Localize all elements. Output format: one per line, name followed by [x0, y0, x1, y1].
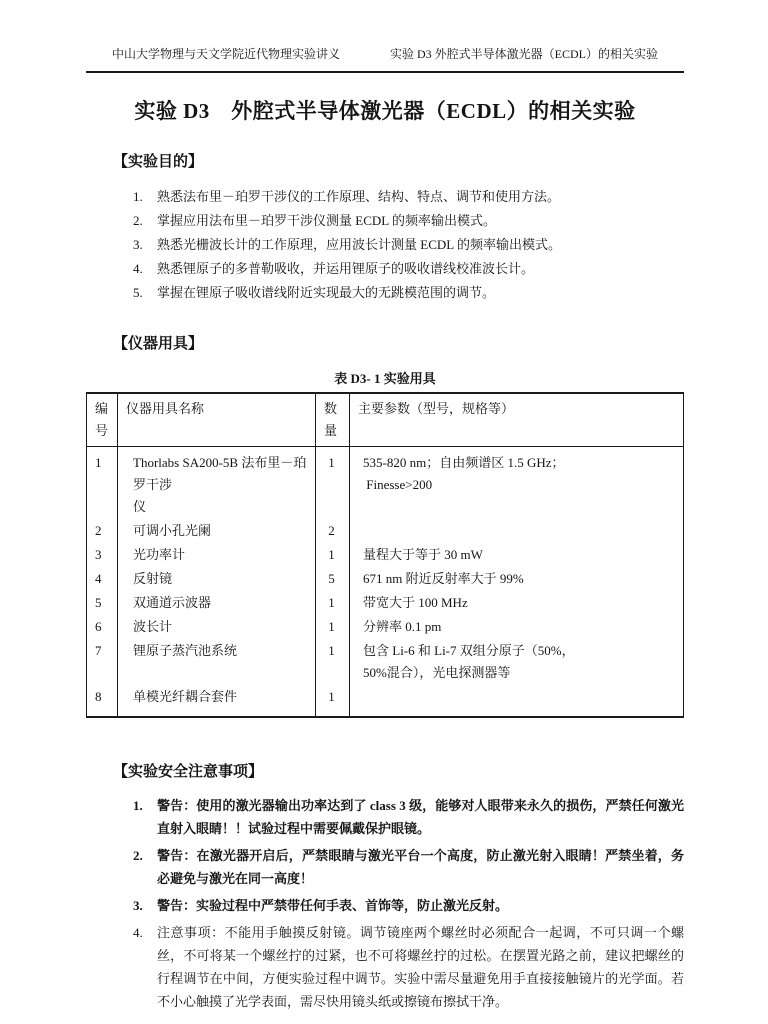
item-text: 警告：在激光器开启后，严禁眼睛与激光平台一个高度，防止激光射入眼睛！严禁坐着，务… [157, 844, 684, 890]
cell-qty: 1 [316, 543, 350, 567]
item-number: 1. [133, 185, 157, 208]
table-row: 7 锂原子蒸汽池系统 1 包含 Li-6 和 Li-7 双组分原子（50%， 5… [87, 639, 684, 685]
item-number: 4. [133, 257, 157, 280]
item-text: 熟悉光栅波长计的工作原理，应用波长计测量 ECDL 的频率输出模式。 [157, 233, 684, 256]
list-item-warning: 2. 警告：在激光器开启后，严禁眼睛与激光平台一个高度，防止激光射入眼睛！严禁坐… [86, 844, 684, 890]
page-title: 实验 D3 外腔式半导体激光器（ECDL）的相关实验 [86, 98, 684, 124]
item-number: 2. [133, 209, 157, 232]
list-item: 2. 掌握应用法布里－珀罗干涉仪测量 ECDL 的频率输出模式。 [86, 209, 684, 232]
purpose-heading: 【实验目的】 [86, 152, 684, 172]
column-header-name: 仪器用具名称 [118, 393, 316, 447]
table-row: 1 Thorlabs SA200-5B 法布里－珀罗干涉 仪 1 535-820… [87, 447, 684, 520]
cell-params: 包含 Li-6 和 Li-7 双组分原子（50%， 50%混合），光电探测器等 [350, 639, 684, 685]
cell-no: 5 [87, 591, 118, 615]
item-number: 3. [133, 894, 157, 917]
item-number: 5. [133, 281, 157, 304]
cell-qty: 2 [316, 519, 350, 543]
cell-no: 8 [87, 685, 118, 717]
cell-params: 671 nm 附近反射率大于 99% [350, 567, 684, 591]
cell-name: 反射镜 [118, 567, 316, 591]
list-item: 4. 熟悉锂原子的多普勒吸收，并运用锂原子的吸收谱线校准波长计。 [86, 257, 684, 280]
list-item: 1. 熟悉法布里－珀罗干涉仪的工作原理、结构、特点、调节和使用方法。 [86, 185, 684, 208]
list-item: 3. 熟悉光栅波长计的工作原理，应用波长计测量 ECDL 的频率输出模式。 [86, 233, 684, 256]
table-header: 编号 仪器用具名称 数量 主要参数（型号，规格等） [87, 393, 684, 447]
section-purpose: 【实验目的】 1. 熟悉法布里－珀罗干涉仪的工作原理、结构、特点、调节和使用方法… [86, 152, 684, 304]
item-text: 熟悉锂原子的多普勒吸收，并运用锂原子的吸收谱线校准波长计。 [157, 257, 684, 280]
list-item-warning: 1. 警告：使用的激光器输出功率达到了 class 3 级，能够对人眼带来永久的… [86, 794, 684, 840]
table-row: 6 波长计 1 分辨率 0.1 pm [87, 615, 684, 639]
cell-name: 波长计 [118, 615, 316, 639]
purpose-list: 1. 熟悉法布里－珀罗干涉仪的工作原理、结构、特点、调节和使用方法。 2. 掌握… [86, 185, 684, 304]
table-row: 4 反射镜 5 671 nm 附近反射率大于 99% [87, 567, 684, 591]
running-header-right: 实验 D3 外腔式半导体激光器（ECDL）的相关实验 [390, 46, 658, 62]
apparatus-table: 编号 仪器用具名称 数量 主要参数（型号，规格等） 1 Thorlabs SA2… [86, 392, 684, 718]
cell-qty: 1 [316, 685, 350, 717]
cell-name: 可调小孔光阑 [118, 519, 316, 543]
cell-no: 3 [87, 543, 118, 567]
cell-name: 锂原子蒸汽池系统 [118, 639, 316, 685]
cell-params [350, 519, 684, 543]
item-text: 熟悉法布里－珀罗干涉仪的工作原理、结构、特点、调节和使用方法。 [157, 185, 684, 208]
cell-qty: 1 [316, 591, 350, 615]
table-row: 5 双通道示波器 1 带宽大于 100 MHz [87, 591, 684, 615]
cell-qty: 1 [316, 615, 350, 639]
running-header: 中山大学物理与天文学院近代物理实验讲义 实验 D3 外腔式半导体激光器（ECDL… [86, 46, 684, 73]
table-row: 2 可调小孔光阑 2 [87, 519, 684, 543]
item-number: 3. [133, 233, 157, 256]
document-page: 中山大学物理与天文学院近代物理实验讲义 实验 D3 外腔式半导体激光器（ECDL… [0, 0, 768, 1013]
table-caption: 表 D3- 1 实验用具 [86, 370, 684, 387]
item-text: 注意事项：不能用手触摸反射镜。调节镜座两个螺丝时必须配合一起调，不可只调一个螺丝… [157, 921, 684, 1013]
table-row: 8 单模光纤耦合套件 1 [87, 685, 684, 717]
cell-params [350, 685, 684, 717]
section-safety: 【实验安全注意事项】 1. 警告：使用的激光器输出功率达到了 class 3 级… [86, 762, 684, 1013]
cell-no: 6 [87, 615, 118, 639]
column-header-params: 主要参数（型号，规格等） [350, 393, 684, 447]
cell-name: 光功率计 [118, 543, 316, 567]
table-row: 3 光功率计 1 量程大于等于 30 mW [87, 543, 684, 567]
safety-list: 1. 警告：使用的激光器输出功率达到了 class 3 级，能够对人眼带来永久的… [86, 794, 684, 1013]
item-text: 掌握在锂原子吸收谱线附近实现最大的无跳模范围的调节。 [157, 281, 684, 304]
item-number: 1. [133, 794, 157, 817]
item-number: 4. [133, 921, 157, 944]
list-item: 5. 掌握在锂原子吸收谱线附近实现最大的无跳模范围的调节。 [86, 281, 684, 304]
cell-params: 带宽大于 100 MHz [350, 591, 684, 615]
cell-no: 7 [87, 639, 118, 685]
list-item-note: 4. 注意事项：不能用手触摸反射镜。调节镜座两个螺丝时必须配合一起调，不可只调一… [86, 921, 684, 1013]
list-item-warning: 3. 警告：实验过程中严禁带任何手表、首饰等，防止激光反射。 [86, 894, 684, 917]
section-apparatus: 【仪器用具】 表 D3- 1 实验用具 编号 仪器用具名称 数量 主要参数（型号… [86, 334, 684, 718]
cell-params: 分辨率 0.1 pm [350, 615, 684, 639]
column-header-no: 编号 [87, 393, 118, 447]
cell-name: Thorlabs SA200-5B 法布里－珀罗干涉 仪 [118, 447, 316, 520]
column-header-qty: 数量 [316, 393, 350, 447]
item-number: 2. [133, 844, 157, 867]
apparatus-heading: 【仪器用具】 [86, 334, 684, 354]
cell-params: 量程大于等于 30 mW [350, 543, 684, 567]
cell-no: 1 [87, 447, 118, 520]
item-text: 警告：使用的激光器输出功率达到了 class 3 级，能够对人眼带来永久的损伤，… [157, 794, 684, 840]
cell-qty: 5 [316, 567, 350, 591]
cell-qty: 1 [316, 447, 350, 520]
cell-name: 双通道示波器 [118, 591, 316, 615]
table-header-row: 编号 仪器用具名称 数量 主要参数（型号，规格等） [87, 393, 684, 447]
safety-heading: 【实验安全注意事项】 [86, 762, 684, 782]
running-header-left: 中山大学物理与天文学院近代物理实验讲义 [112, 46, 340, 62]
cell-name: 单模光纤耦合套件 [118, 685, 316, 717]
cell-no: 4 [87, 567, 118, 591]
cell-no: 2 [87, 519, 118, 543]
item-text: 警告：实验过程中严禁带任何手表、首饰等，防止激光反射。 [157, 894, 684, 917]
cell-params: 535-820 nm；自由频谱区 1.5 GHz； Finesse>200 [350, 447, 684, 520]
cell-qty: 1 [316, 639, 350, 685]
item-text: 掌握应用法布里－珀罗干涉仪测量 ECDL 的频率输出模式。 [157, 209, 684, 232]
